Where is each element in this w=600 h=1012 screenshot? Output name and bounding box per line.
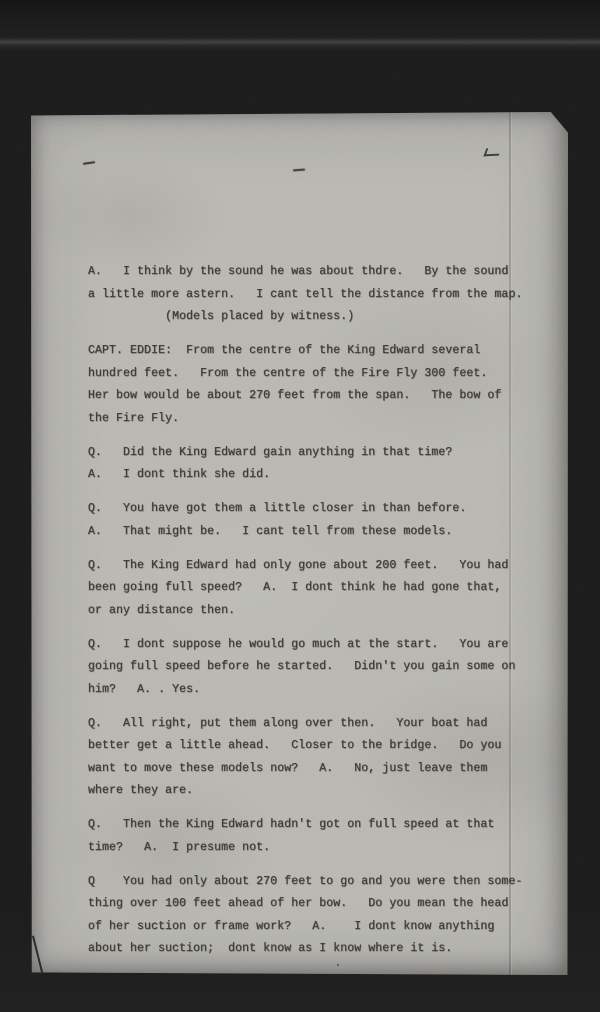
film-seam-band xyxy=(0,38,600,46)
transcript-line: been going full speed? A. I dont think h… xyxy=(88,577,550,600)
transcript-line: want to move these models now? A. No, ju… xyxy=(88,758,550,781)
transcript-line: the Fire Fly. xyxy=(88,408,550,431)
transcript-line: Q. All right, put them along over then. … xyxy=(88,713,550,736)
transcript-paragraph: Q. Then the King Edward hadn't got on fu… xyxy=(88,814,550,859)
transcript-paragraph: A. I think by the sound he was about thd… xyxy=(88,261,550,329)
transcript-line: Q You had only about 270 feet to go and … xyxy=(88,871,550,894)
transcript-line: going full speed before he started. Didn… xyxy=(88,656,550,679)
transcript-line: A. I dont think she did. xyxy=(88,464,550,487)
microfilm-scan-background: A. I think by the sound he was about thd… xyxy=(0,0,600,1012)
transcript-line: Q. I dont suppose he would go much at th… xyxy=(88,634,550,657)
transcript-body: A. I think by the sound he was about thd… xyxy=(88,261,550,992)
transcript-line: (Models placed by witness.) xyxy=(88,306,550,329)
pen-corner-tick-mark xyxy=(483,148,501,157)
transcript-line: Q. Then the King Edward hadn't got on fu… xyxy=(88,814,550,837)
transcript-line: Q. Did the King Edward gain anything in … xyxy=(88,442,550,465)
transcript-line: a little more astern. I cant tell the di… xyxy=(88,284,550,307)
transcript-line: better get a little ahead. Closer to the… xyxy=(88,735,550,758)
transcript-line: hundred feet. From the centre of the Fir… xyxy=(88,363,550,386)
scanned-page: A. I think by the sound he was about thd… xyxy=(31,112,568,975)
transcript-line: A. I think by the sound he was about thd… xyxy=(88,261,550,284)
transcript-line: about her suction; dont know as I know w… xyxy=(88,938,550,961)
transcript-paragraph: Q. The King Edward had only gone about 2… xyxy=(88,555,550,623)
transcript-line: or any distance then. xyxy=(88,600,550,623)
transcript-line: CAPT. EDDIE: From the centre of the King… xyxy=(88,340,550,363)
transcript-paragraph: Q You had only about 270 feet to go and … xyxy=(88,871,550,961)
transcript-line: A. That might be. I cant tell from these… xyxy=(88,521,550,544)
transcript-line: him? A. . Yes. xyxy=(88,679,550,702)
transcript-line: Her bow would be about 270 feet from the… xyxy=(88,385,550,408)
page-number: 120 xyxy=(74,970,550,992)
transcript-paragraph: Q. You have got them a little closer in … xyxy=(88,498,550,543)
transcript-line: Q. The King Edward had only gone about 2… xyxy=(88,555,550,578)
transcript-paragraph: Q. I dont suppose he would go much at th… xyxy=(88,634,550,702)
transcript-paragraph: Q. All right, put them along over then. … xyxy=(88,713,550,803)
transcript-paragraph: Q. Did the King Edward gain anything in … xyxy=(88,442,550,487)
transcript-line: where they are. xyxy=(88,780,550,803)
transcript-line: time? A. I presume not. xyxy=(88,837,550,860)
transcript-line: thing over 100 feet ahead of her bow. Do… xyxy=(88,893,550,916)
transcript-line: Q. You have got them a little closer in … xyxy=(88,498,550,521)
transcript-paragraph: CAPT. EDDIE: From the centre of the King… xyxy=(88,340,550,430)
transcript-line: of her suction or frame work? A. I dont … xyxy=(88,916,550,939)
